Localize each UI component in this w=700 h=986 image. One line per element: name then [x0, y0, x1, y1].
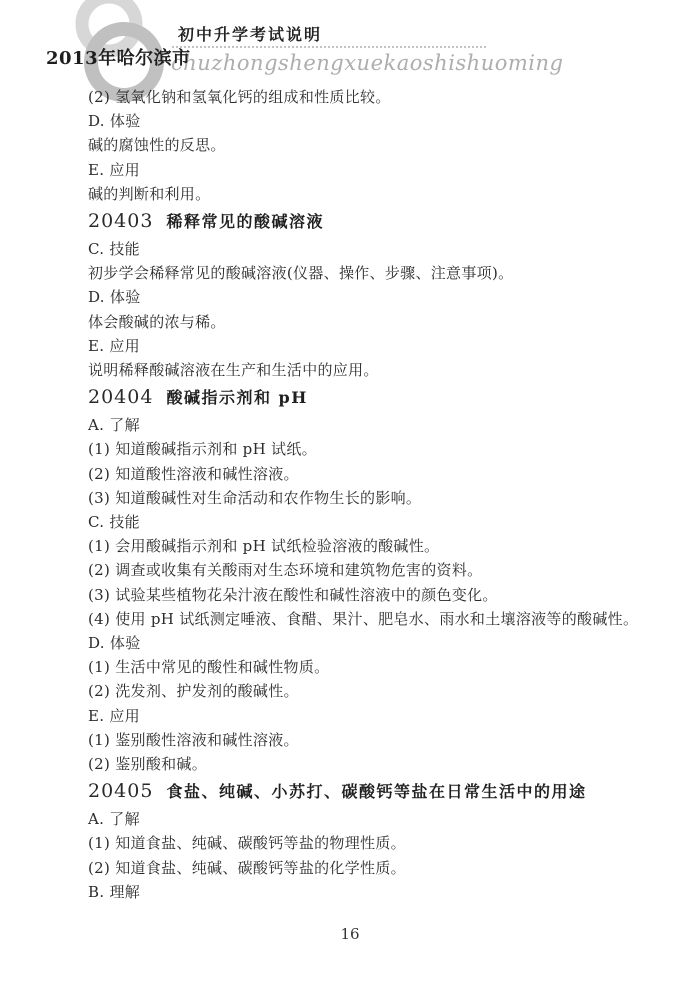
- content-lines: (2) 氢氧化钠和氢氧化钙的组成和性质比较。D. 体验碱的腐蚀性的反思。E. 应…: [88, 85, 650, 904]
- text-line: (1) 知道食盐、纯碱、碳酸钙等盐的物理性质。: [88, 831, 650, 855]
- section-number: 20403: [88, 210, 153, 232]
- document-page: 2013年哈尔滨市 初中升学考试说明 chuzhongshengxuekaosh…: [0, 0, 700, 986]
- page-number: 16: [0, 925, 700, 943]
- section-heading: 20403稀释常见的酸碱溶液: [88, 208, 650, 235]
- dotted-divider: [172, 46, 486, 48]
- text-line: (2) 知道酸性溶液和碱性溶液。: [88, 462, 650, 486]
- text-line: (4) 使用 pH 试纸测定唾液、食醋、果汁、肥皂水、雨水和土壤溶液等的酸碱性。: [88, 607, 650, 631]
- text-line: C. 技能: [88, 510, 650, 534]
- section-title: 食盐、纯碱、小苏打、碳酸钙等盐在日常生活中的用途: [166, 782, 586, 801]
- text-line: (1) 知道酸碱指示剂和 pH 试纸。: [88, 437, 650, 461]
- section-heading: 20404酸碱指示剂和 pH: [88, 384, 650, 411]
- text-line: (3) 试验某些植物花朵汁液在酸性和碱性溶液中的颜色变化。: [88, 583, 650, 607]
- text-line: (1) 会用酸碱指示剂和 pH 试纸检验溶液的酸碱性。: [88, 534, 650, 558]
- title-pinyin: chuzhongshengxuekaoshishuoming: [171, 51, 563, 75]
- text-line: C. 技能: [88, 237, 650, 261]
- text-line: (2) 知道食盐、纯碱、碳酸钙等盐的化学性质。: [88, 856, 650, 880]
- text-line: E. 应用: [88, 158, 650, 182]
- section-title: 酸碱指示剂和 pH: [166, 388, 307, 407]
- text-line: (2) 洗发剂、护发剂的酸碱性。: [88, 679, 650, 703]
- text-line: (1) 鉴别酸性溶液和碱性溶液。: [88, 728, 650, 752]
- text-line: B. 理解: [88, 880, 650, 904]
- section-number: 20404: [88, 386, 153, 408]
- text-line: D. 体验: [88, 109, 650, 133]
- text-line: (1) 生活中常见的酸性和碱性物质。: [88, 655, 650, 679]
- text-line: (3) 知道酸碱性对生命活动和农作物生长的影响。: [88, 486, 650, 510]
- text-line: (2) 氢氧化钠和氢氧化钙的组成和性质比较。: [88, 85, 650, 109]
- text-line: A. 了解: [88, 413, 650, 437]
- section-heading: 20405食盐、纯碱、小苏打、碳酸钙等盐在日常生活中的用途: [88, 778, 650, 805]
- text-line: E. 应用: [88, 334, 650, 358]
- section-number: 20405: [88, 780, 153, 802]
- text-line: 碱的腐蚀性的反思。: [88, 133, 650, 157]
- section-title: 稀释常见的酸碱溶液: [166, 212, 324, 231]
- text-line: 说明稀释酸碱溶液在生产和生活中的应用。: [88, 358, 650, 382]
- edition-label: 2013年哈尔滨市: [46, 44, 191, 70]
- text-line: 初步学会稀释常见的酸碱溶液(仪器、操作、步骤、注意事项)。: [88, 261, 650, 285]
- text-line: 碱的判断和利用。: [88, 182, 650, 206]
- text-line: 体会酸碱的浓与稀。: [88, 310, 650, 334]
- text-line: (2) 鉴别酸和碱。: [88, 752, 650, 776]
- text-line: D. 体验: [88, 285, 650, 309]
- text-line: A. 了解: [88, 807, 650, 831]
- text-line: E. 应用: [88, 704, 650, 728]
- text-line: D. 体验: [88, 631, 650, 655]
- page-title: 初中升学考试说明: [178, 22, 322, 45]
- text-line: (2) 调查或收集有关酸雨对生态环境和建筑物危害的资料。: [88, 558, 650, 582]
